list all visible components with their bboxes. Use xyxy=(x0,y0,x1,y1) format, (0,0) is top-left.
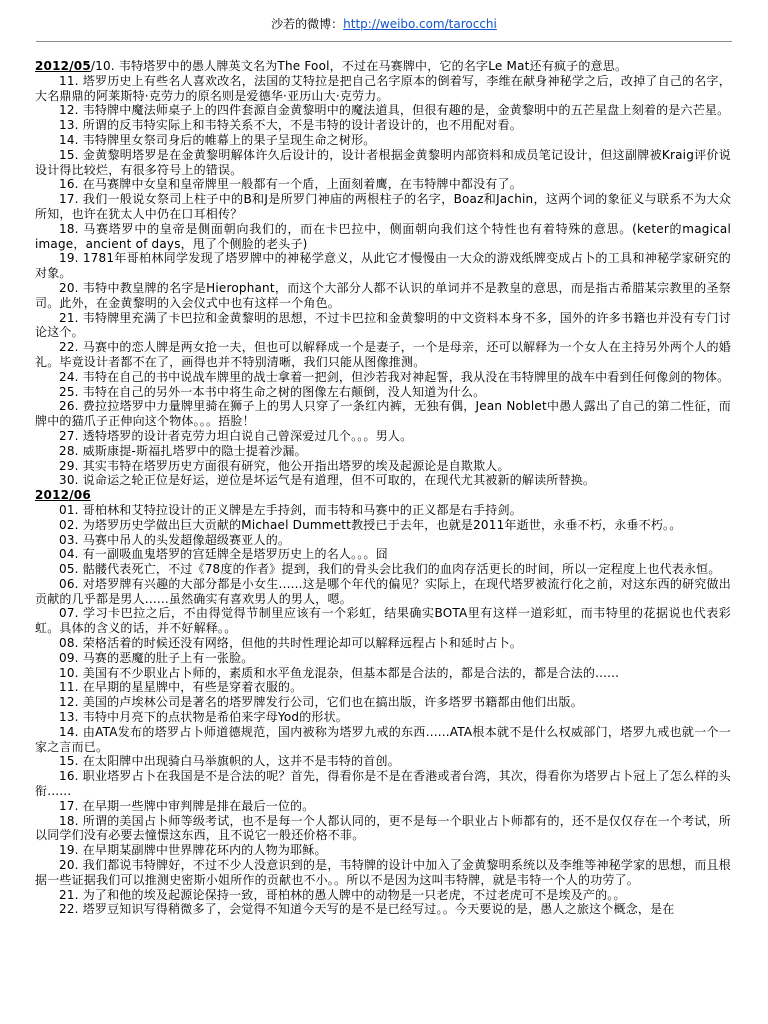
list-item: 03. 马赛中吊人的头发超像超级赛亚人的。 xyxy=(35,533,731,548)
list-item: 30. 说命运之轮正位是好运，逆位是坏运气是有道理，但不可取的，在现代尤其被新的… xyxy=(35,473,731,488)
list-item: 25. 韦特在自己的另外一本书中将生命之树的图像左右颠倒，没人知道为什么。 xyxy=(35,385,731,400)
list-item: 19. 在早期某副牌中世界牌花环内的人物为耶稣。 xyxy=(35,843,731,858)
list-item: 29. 其实韦特在塔罗历史方面很有研究，他公开指出塔罗的埃及起源论是自欺欺人。 xyxy=(35,459,731,474)
document-header: 沙若的微博：http://weibo.com/tarocchi xyxy=(0,0,768,32)
list-item: 14. 由ATA发布的塔罗占卜师道德规范，国内被称为塔罗九戒的东西......A… xyxy=(35,725,731,755)
list-item: 07. 学习卡巴拉之后，不由得觉得节制里应该有一个彩虹，结果确实BOTA里有这样… xyxy=(35,606,731,636)
list-item: 11. 塔罗历史上有些名人喜欢改名，法国的艾特拉是把自己名字原本的倒着写，李维在… xyxy=(35,74,731,104)
section-start: 2012/06 xyxy=(35,488,731,503)
list-item: 05. 骷髅代表死亡，不过《78度的作者》提到，我们的骨头会比我们的血肉存活更长… xyxy=(35,562,731,577)
list-item: 17. 我们一般说女祭司上柱子中的B和J是所罗门神庙的两根柱子的名字，Boaz和… xyxy=(35,192,731,222)
list-item: 12. 韦特牌中魔法师桌子上的四件套源自金黄黎明中的魔法道具，但很有趣的是，金黄… xyxy=(35,103,731,118)
list-item: 16. 在马赛牌中女皇和皇帝牌里一般都有一个盾，上面刻着鹰，在韦特牌中都没有了。 xyxy=(35,177,731,192)
header-weibo-link[interactable]: http://weibo.com/tarocchi xyxy=(343,17,497,31)
list-item: 26. 费拉拉塔罗中力量牌里骑在狮子上的男人只穿了一条红内裤，无独有偶，Jean… xyxy=(35,399,731,429)
document-page: 沙若的微博：http://weibo.com/tarocchi 2012/05/… xyxy=(0,0,768,1024)
list-item: 14. 韦特牌里女祭司身后的帷幕上的果子呈现生命之树形。 xyxy=(35,133,731,148)
list-item: 17. 在早期一些牌中审判牌是排在最后一位的。 xyxy=(35,799,731,814)
header-site-label: 沙若的微博： xyxy=(271,17,343,31)
list-item: 16. 职业塔罗占卜在我国是不是合法的呢？首先，得看你是不是在香港或者台湾，其次… xyxy=(35,769,731,799)
list-item: 13. 所谓的反韦特实际上和韦特关系不大，不是韦特的设计者设计的，也不用配对看。 xyxy=(35,118,731,133)
list-item: 22. 塔罗豆知识写得稍微多了，会觉得不知道今天写的是不是已经写过。。今天要说的… xyxy=(35,902,731,917)
list-item: 10. 美国有不少职业占卜师的，素质和水平鱼龙混杂，但基本都是合法的，都是合法的… xyxy=(35,666,731,681)
list-item: 18. 马赛塔罗中的皇帝是侧面朝向我们的，而在卡巴拉中，侧面朝向我们这个特性也有… xyxy=(35,222,731,252)
list-item: 02. 为塔罗历史学做出巨大贡献的Michael Dummett教授已于去年，也… xyxy=(35,518,731,533)
list-item: 24. 韦特在自己的书中说战车牌里的战士拿着一把剑，但沙若我对神起誓，我从没在韦… xyxy=(35,370,731,385)
list-item: 28. 威斯康提-斯福扎塔罗中的隐士提着沙漏。 xyxy=(35,444,731,459)
list-item: 19. 1781年哥柏林同学发现了塔罗牌中的神秘学意义，从此它才慢慢由一大众的游… xyxy=(35,251,731,281)
list-item: 04. 有一副吸血鬼塔罗的宫廷牌全是塔罗历史上的名人。。。囧 xyxy=(35,547,731,562)
list-item: 15. 在太阳牌中出现骑白马举旗帜的人，这并不是韦特的首创。 xyxy=(35,754,731,769)
list-item: 06. 对塔罗牌有兴趣的大部分都是小女生......这是哪个年代的偏见？实际上，… xyxy=(35,577,731,607)
list-item: 11. 在早期的星星牌中，有些是穿着衣服的。 xyxy=(35,680,731,695)
list-item: 09. 马赛的恶魔的肚子上有一张脸。 xyxy=(35,651,731,666)
date-heading: 2012/05 xyxy=(35,59,91,73)
list-item-text: /10. 韦特塔罗中的愚人牌英文名为The Fool，不过在马赛牌中，它的名字L… xyxy=(91,59,627,73)
list-item: 22. 马赛中的恋人牌是两女抢一夫，但也可以解释成一个是妻子，一个是母亲，还可以… xyxy=(35,340,731,370)
list-item: 21. 韦特牌里充满了卡巴拉和金黄黎明的思想，不过卡巴拉和金黄黎明的中文资料本身… xyxy=(35,311,731,341)
list-item: 20. 我们都说韦特牌好，不过不少人没意识到的是，韦特牌的设计中加入了金黄黎明系… xyxy=(35,858,731,888)
date-heading: 2012/06 xyxy=(35,488,91,502)
section-start: 2012/05/10. 韦特塔罗中的愚人牌英文名为The Fool，不过在马赛牌… xyxy=(35,59,731,74)
list-item: 18. 所谓的美国占卜师等级考试，也不是每一个人都认同的，更不是每一个职业占卜师… xyxy=(35,814,731,844)
list-item: 27. 透特塔罗的设计者克劳力坦白说自己曾深爱过几个。。。男人。 xyxy=(35,429,731,444)
list-item: 21. 为了和他的埃及起源论保持一致，哥柏林的愚人牌中的动物是一只老虎，不过老虎… xyxy=(35,888,731,903)
list-item: 13. 韦特中月亮下的点状物是希伯来字母Yod的形状。 xyxy=(35,710,731,725)
list-item: 12. 美国的卢埃林公司是著名的塔罗牌发行公司，它们也在搞出版，许多塔罗书籍都由… xyxy=(35,695,731,710)
document-body: 2012/05/10. 韦特塔罗中的愚人牌英文名为The Fool，不过在马赛牌… xyxy=(35,59,731,917)
list-item: 15. 金黄黎明塔罗是在金黄黎明解体许久后设计的，设计者根据金黄黎明内部资料和成… xyxy=(35,148,731,178)
list-item: 01. 哥柏林和艾特拉设计的正义牌是左手持剑，而韦特和马赛中的正义都是右手持剑。 xyxy=(35,503,731,518)
list-item: 08. 荣格活着的时候还没有网络，但他的共时性理论却可以解释远程占卜和延时占卜。 xyxy=(35,636,731,651)
header-divider xyxy=(36,41,732,42)
list-item: 20. 韦特中教皇牌的名字是Hierophant，而这个大部分人都不认识的单词并… xyxy=(35,281,731,311)
